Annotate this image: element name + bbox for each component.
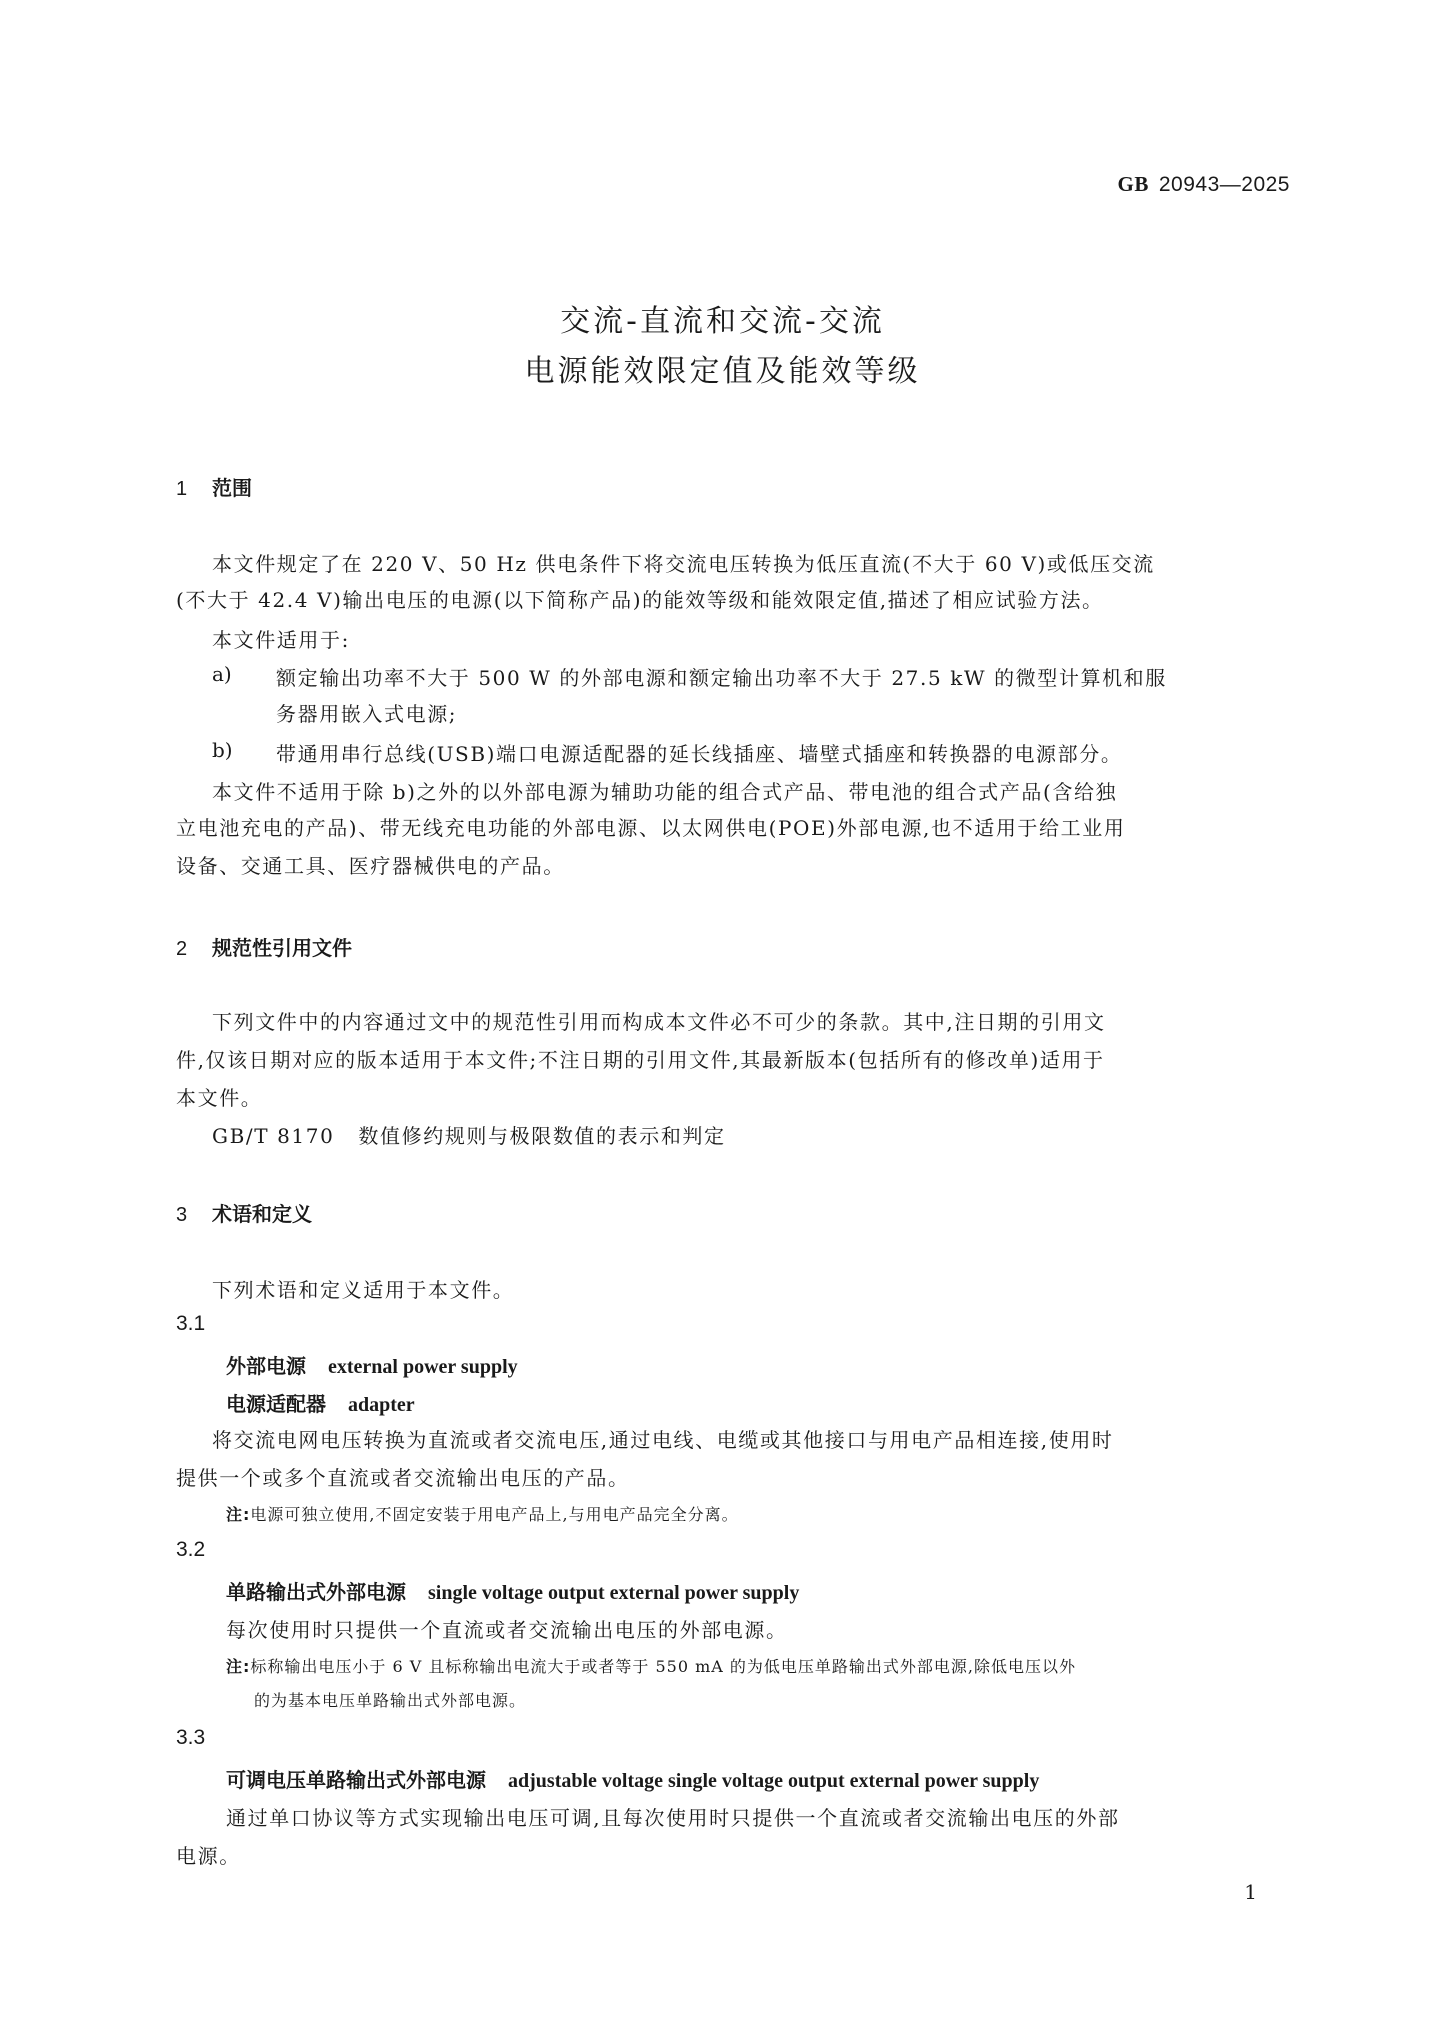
- paragraph: 本文件。: [176, 1082, 262, 1111]
- section-title: 术语和定义: [212, 1202, 312, 1226]
- reference-code: GB/T 8170: [212, 1124, 334, 1148]
- term-en: single voltage output external power sup…: [428, 1582, 799, 1604]
- list-item: 带通用串行总线(USB)端口电源适配器的延长线插座、墙壁式插座和转换器的电源部分…: [276, 738, 1122, 767]
- clause-number: 3.3: [176, 1726, 205, 1750]
- definition: 通过单口协议等方式实现输出电压可调,且每次使用时只提供一个直流或者交流输出电压的…: [226, 1802, 1120, 1831]
- reference-title: 数值修约规则与极限数值的表示和判定: [358, 1124, 725, 1148]
- clause-number: 3.1: [176, 1312, 205, 1336]
- paragraph: 立电池充电的产品)、带无线充电功能的外部电源、以太网供电(POE)外部电源,也不…: [176, 812, 1125, 841]
- term: 外部电源external power supply: [226, 1350, 518, 1379]
- note-label: 注:: [226, 1657, 250, 1676]
- term: 可调电压单路输出式外部电源adjustable voltage single v…: [226, 1764, 1039, 1793]
- definition: 提供一个或多个直流或者交流输出电压的产品。: [176, 1462, 630, 1491]
- page-number: 1: [1244, 1880, 1257, 1904]
- term: 单路输出式外部电源single voltage output external …: [226, 1576, 799, 1605]
- definition: 电源。: [176, 1840, 241, 1869]
- term-en: external power supply: [328, 1356, 518, 1378]
- note-text: 电源可独立使用,不固定安装于用电产品上,与用电产品完全分离。: [250, 1505, 738, 1524]
- definition: 每次使用时只提供一个直流或者交流输出电压的外部电源。: [226, 1614, 788, 1643]
- standard-code: GB20943—2025: [1118, 172, 1290, 197]
- section-number: 1: [176, 478, 212, 501]
- term-cn: 外部电源: [226, 1354, 306, 1378]
- term-cn: 电源适配器: [226, 1392, 326, 1416]
- section-1-heading: 1范围: [176, 472, 252, 501]
- note-label: 注:: [226, 1505, 250, 1524]
- paragraph: (不大于 42.4 V)输出电压的电源(以下简称产品)的能效等级和能效限定值,描…: [176, 584, 1104, 613]
- definition: 将交流电网电压转换为直流或者交流电压,通过电线、电缆或其他接口与用电产品相连接,…: [212, 1424, 1114, 1453]
- normative-reference: GB/T 8170数值修约规则与极限数值的表示和判定: [212, 1120, 726, 1149]
- paragraph: 本文件规定了在 220 V、50 Hz 供电条件下将交流电压转换为低压直流(不大…: [212, 548, 1155, 577]
- clause-number: 3.2: [176, 1538, 205, 1562]
- paragraph: 件,仅该日期对应的版本适用于本文件;不注日期的引用文件,其最新版本(包括所有的修…: [176, 1044, 1105, 1073]
- section-title: 范围: [212, 476, 252, 500]
- term-cn: 单路输出式外部电源: [226, 1580, 406, 1604]
- section-number: 2: [176, 938, 212, 961]
- list-item: 额定输出功率不大于 500 W 的外部电源和额定输出功率不大于 27.5 kW …: [276, 662, 1167, 691]
- standard-prefix: GB: [1118, 172, 1149, 196]
- document-title-line2: 电源能效限定值及能效等级: [0, 346, 1445, 390]
- note-continuation: 的为基本电压单路输出式外部电源。: [254, 1688, 526, 1711]
- paragraph: 本文件适用于:: [212, 624, 350, 653]
- paragraph: 本文件不适用于除 b)之外的以外部电源为辅助功能的组合式产品、带电池的组合式产品…: [212, 776, 1117, 805]
- paragraph: 下列术语和定义适用于本文件。: [212, 1274, 514, 1303]
- section-2-heading: 2规范性引用文件: [176, 932, 352, 961]
- term-cn: 可调电压单路输出式外部电源: [226, 1768, 486, 1792]
- document-title-line1: 交流-直流和交流-交流: [0, 296, 1445, 340]
- standard-number: 20943—2025: [1159, 173, 1290, 196]
- list-item-label: a): [212, 662, 232, 686]
- term-synonym: 电源适配器adapter: [226, 1388, 415, 1417]
- term-en: adapter: [348, 1394, 415, 1416]
- term-en: adjustable voltage single voltage output…: [508, 1770, 1039, 1792]
- note: 注:电源可独立使用,不固定安装于用电产品上,与用电产品完全分离。: [226, 1502, 739, 1525]
- section-title: 规范性引用文件: [212, 936, 352, 960]
- note: 注:标称输出电压小于 6 V 且标称输出电流大于或者等于 550 mA 的为低电…: [226, 1654, 1076, 1677]
- note-text: 标称输出电压小于 6 V 且标称输出电流大于或者等于 550 mA 的为低电压单…: [250, 1657, 1076, 1676]
- section-3-heading: 3术语和定义: [176, 1198, 312, 1227]
- section-number: 3: [176, 1204, 212, 1227]
- list-item-label: b): [212, 738, 233, 762]
- list-item: 务器用嵌入式电源;: [276, 698, 457, 727]
- paragraph: 设备、交通工具、医疗器械供电的产品。: [176, 850, 565, 879]
- paragraph: 下列文件中的内容通过文中的规范性引用而构成本文件必不可少的条款。其中,注日期的引…: [212, 1006, 1106, 1035]
